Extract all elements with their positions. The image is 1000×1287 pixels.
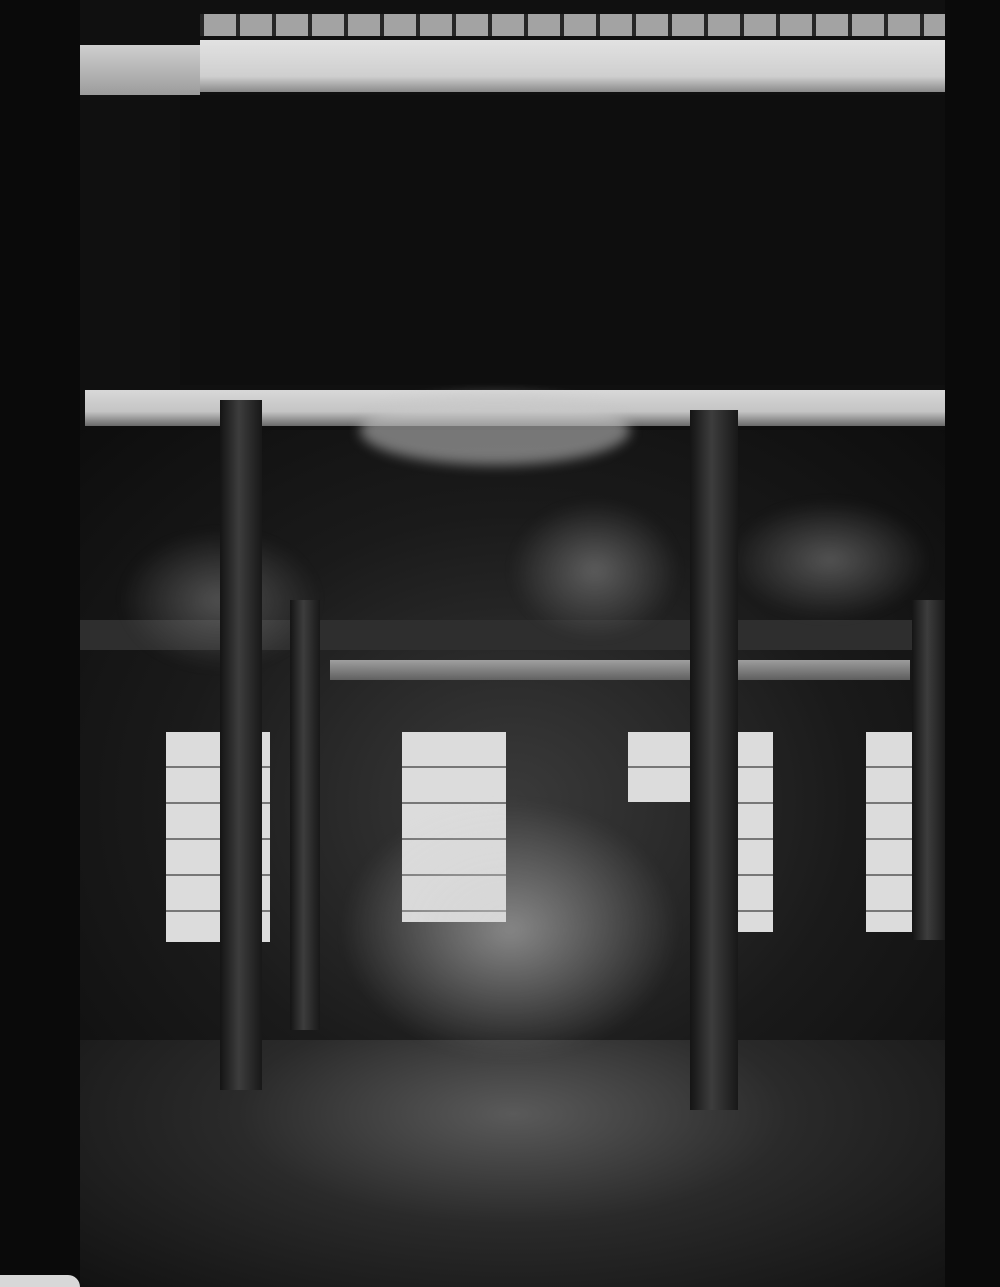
lower-skylight bbox=[330, 660, 910, 680]
window bbox=[735, 732, 773, 932]
window bbox=[628, 732, 698, 802]
upper-skylight-left bbox=[80, 45, 200, 95]
foreground-pillar-right bbox=[945, 0, 1000, 1287]
pillar bbox=[290, 600, 320, 1030]
photograph bbox=[0, 0, 1000, 1287]
foliage-right bbox=[730, 500, 930, 620]
window bbox=[866, 732, 916, 932]
upper-roof bbox=[180, 95, 950, 385]
pillar bbox=[690, 410, 738, 1110]
pillar bbox=[220, 400, 262, 1090]
foreground-pillar-left bbox=[0, 0, 80, 1287]
upper-skylight bbox=[200, 40, 945, 92]
pillar bbox=[912, 600, 946, 940]
roof-truss-rail bbox=[200, 14, 945, 36]
print-corner bbox=[0, 1275, 80, 1287]
sunlit-shrub bbox=[340, 800, 680, 1060]
tree-canopy bbox=[360, 395, 630, 465]
foliage-center bbox=[510, 500, 680, 640]
overgrown-floor bbox=[80, 1040, 946, 1287]
